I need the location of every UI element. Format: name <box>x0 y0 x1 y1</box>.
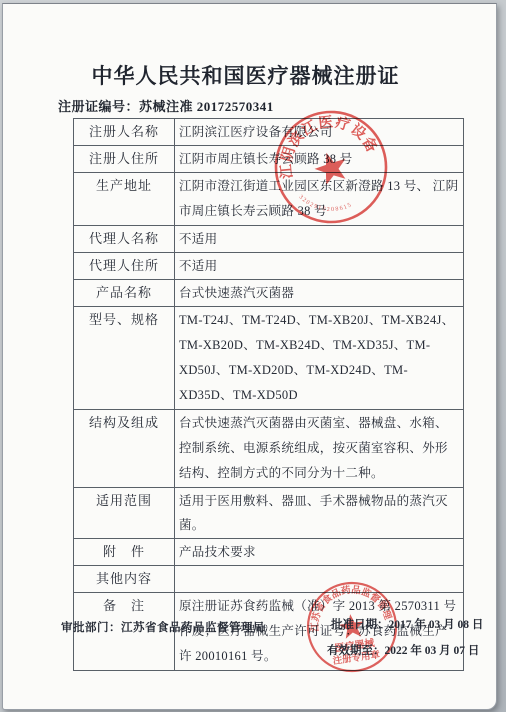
field-label: 代理人住所 <box>74 253 175 280</box>
field-value: TM-T24J、TM-T24D、TM-XB20J、TM-XB24J、TM-XB2… <box>175 307 464 410</box>
field-value: 江阴滨江医疗设备有限公司 <box>175 119 464 146</box>
field-value <box>175 566 464 593</box>
table-row: 其他内容 <box>74 566 464 593</box>
field-label: 适用范围 <box>74 488 175 539</box>
table-row: 附 件 产品技术要求 <box>74 539 464 566</box>
valid-until-label: 有效期至： <box>327 645 385 657</box>
valid-until-line: 有效期至：2022 年 03 月 07 日 <box>327 642 479 658</box>
table-row: 型号、规格 TM-T24J、TM-T24D、TM-XB20J、TM-XB24J、… <box>74 307 464 410</box>
table-row: 注册人名称 江阴滨江医疗设备有限公司 <box>74 119 464 146</box>
field-label: 附 件 <box>74 539 175 566</box>
approval-date-line: 批准日期：2017 年 03 月 08 日 <box>331 616 483 632</box>
certificate-table: 注册人名称 江阴滨江医疗设备有限公司 注册人住所 江阴市周庄镇长寿云顾路 38 … <box>73 118 464 671</box>
registration-number-value: 苏械注准 20172570341 <box>139 99 274 114</box>
approval-department-line: 审批部门：江苏省食品药品监督管理局 <box>61 619 265 635</box>
field-label: 产品名称 <box>74 280 175 307</box>
field-label: 生产地址 <box>74 173 175 226</box>
field-label: 注册人名称 <box>74 119 175 146</box>
approval-department-label: 审批部门： <box>61 622 121 634</box>
field-value: 江阴市周庄镇长寿云顾路 38 号 <box>175 146 464 173</box>
field-value: 台式快速蒸汽灭菌器由灭菌室、器械盘、水箱、控制系统、电源系统组成，按灭菌室容积、… <box>175 410 464 488</box>
field-label: 型号、规格 <box>74 307 175 410</box>
field-value: 适用于医用敷料、器皿、手术器械物品的蒸汽灭菌。 <box>175 488 464 539</box>
registration-number-label: 注册证编号： <box>58 99 139 114</box>
valid-until-value: 2022 年 03 月 07 日 <box>385 645 480 657</box>
approval-date-label: 批准日期： <box>331 619 389 631</box>
field-value: 不适用 <box>175 226 464 253</box>
field-value: 产品技术要求 <box>175 539 464 566</box>
field-value: 台式快速蒸汽灭菌器 <box>175 280 464 307</box>
field-label: 结构及组成 <box>74 410 175 488</box>
table-row: 生产地址 江阴市澄江街道工业园区东区新澄路 13 号、 江阴市周庄镇长寿云顾路 … <box>74 173 464 226</box>
registration-number-line: 注册证编号：苏械注准 20172570341 <box>58 96 274 115</box>
field-label: 其他内容 <box>74 566 175 593</box>
field-label: 代理人名称 <box>74 226 175 253</box>
certificate-title: 中华人民共和国医疗器械注册证 <box>3 60 488 90</box>
table-row: 产品名称 台式快速蒸汽灭菌器 <box>74 280 464 307</box>
table-row: 代理人住所 不适用 <box>74 253 464 280</box>
table-row: 代理人名称 不适用 <box>74 226 464 253</box>
certificate-page: 中华人民共和国医疗器械注册证 注册证编号：苏械注准 20172570341 注册… <box>2 3 497 710</box>
field-value: 不适用 <box>175 253 464 280</box>
table-row: 适用范围 适用于医用敷料、器皿、手术器械物品的蒸汽灭菌。 <box>74 488 464 539</box>
table-row: 结构及组成 台式快速蒸汽灭菌器由灭菌室、器械盘、水箱、控制系统、电源系统组成，按… <box>74 410 464 488</box>
field-label: 注册人住所 <box>74 146 175 173</box>
approval-department-value: 江苏省食品药品监督管理局 <box>121 622 265 634</box>
field-value: 江阴市澄江街道工业园区东区新澄路 13 号、 江阴市周庄镇长寿云顾路 38 号 <box>175 173 464 226</box>
table-row: 注册人住所 江阴市周庄镇长寿云顾路 38 号 <box>74 146 464 173</box>
approval-date-value: 2017 年 03 月 08 日 <box>389 619 484 631</box>
certificate-table-body: 注册人名称 江阴滨江医疗设备有限公司 注册人住所 江阴市周庄镇长寿云顾路 38 … <box>74 119 464 671</box>
